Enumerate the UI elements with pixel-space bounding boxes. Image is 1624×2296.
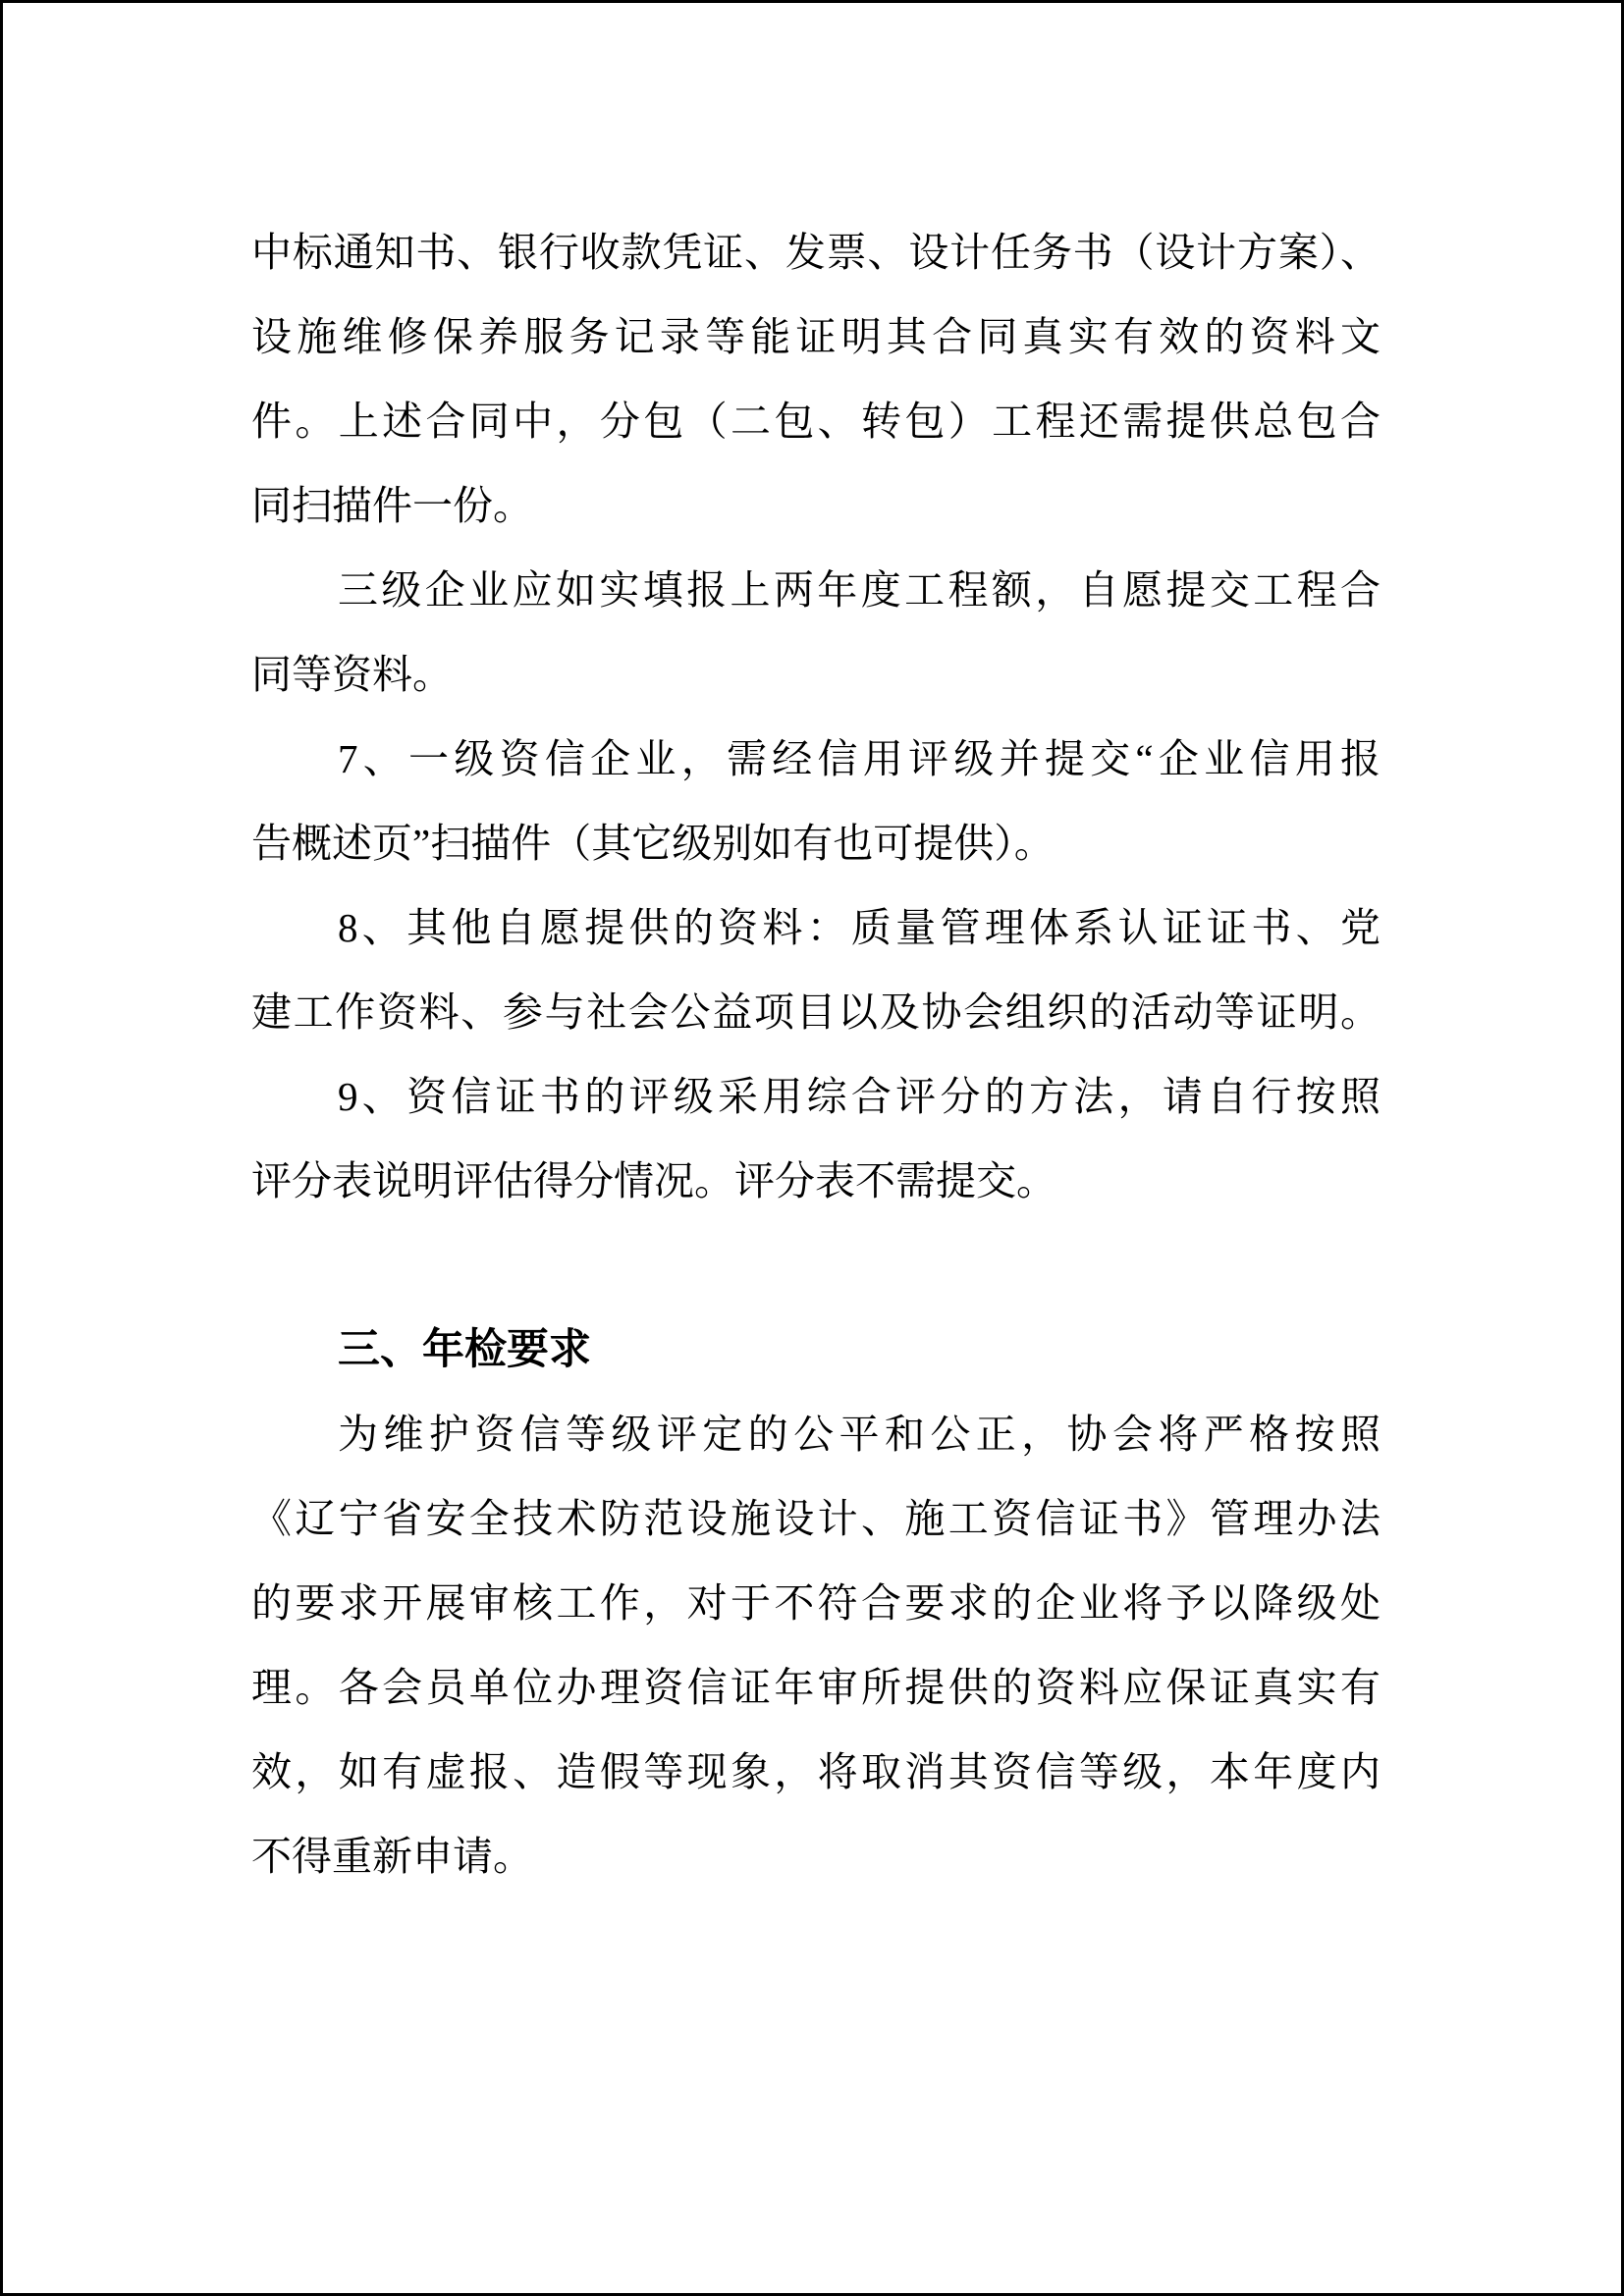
text-line: 效，如有虚报、造假等现象，将取消其资信等级，本年度内 [251,1730,1380,1814]
text-line: 的要求开展审核工作，对于不符合要求的企业将予以降级处 [251,1561,1380,1645]
text-line: 理。各会员单位办理资信证年审所提供的资料应保证真实有 [251,1645,1380,1730]
text-line: 为维护资信等级评定的公平和公正，协会将严格按照 [251,1392,1380,1476]
text-line: 9、资信证书的评级采用综合评分的方法，请自行按照 [251,1054,1380,1139]
text-line: 中标通知书、银行收款凭证、发票、设计任务书（设计方案）、 [251,210,1380,294]
text-line: 8、其他自愿提供的资料：质量管理体系认证证书、党 [251,885,1380,970]
text-line: 建工作资料、参与社会公益项目以及协会组织的活动等证明。 [251,970,1380,1054]
text-line: 件。上述合同中，分包（二包、转包）工程还需提供总包合 [251,379,1380,463]
section-heading: 三、年检要求 [251,1308,1380,1392]
text-line: 告概述页”扫描件（其它级别如有也可提供）。 [251,801,1380,885]
document-body: 中标通知书、银行收款凭证、发票、设计任务书（设计方案）、 设施维修保养服务记录等… [251,210,1380,1898]
text-line: 三级企业应如实填报上两年度工程额，自愿提交工程合 [251,548,1380,632]
text-line: 同扫描件一份。 [251,463,1380,548]
blank-line [251,1223,1380,1308]
text-line: 评分表说明评估得分情况。评分表不需提交。 [251,1139,1380,1223]
document-page: 中标通知书、银行收款凭证、发票、设计任务书（设计方案）、 设施维修保养服务记录等… [0,0,1624,2296]
text-line: 不得重新申请。 [251,1814,1380,1898]
text-line: 7、一级资信企业，需经信用评级并提交“企业信用报 [251,717,1380,801]
text-line: 设施维修保养服务记录等能证明其合同真实有效的资料文 [251,294,1380,379]
text-line: 《辽宁省安全技术防范设施设计、施工资信证书》管理办法 [251,1476,1380,1561]
text-line: 同等资料。 [251,632,1380,717]
